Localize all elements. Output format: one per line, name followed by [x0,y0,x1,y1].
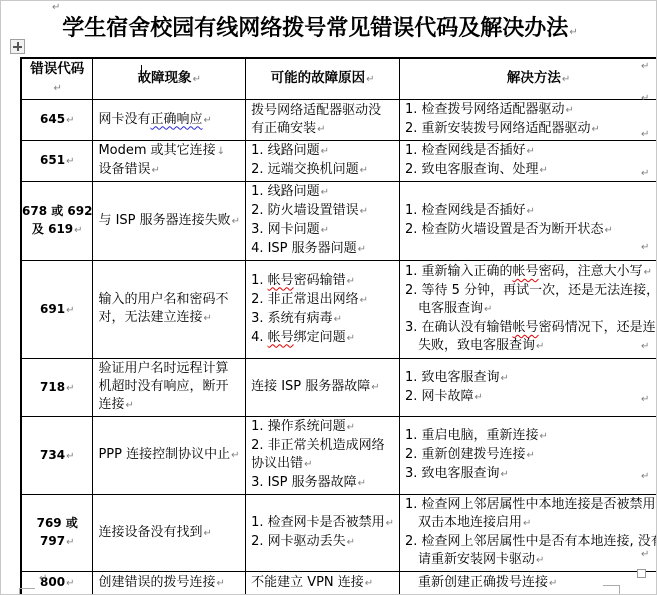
text-segment: 电客服查询 [418,301,483,316]
paragraph-mark: ↵ [644,267,652,278]
cell-line: 1. 检查网上邻居属性中本地连接是否被禁用， [405,496,657,514]
paragraph-mark: ↵ [66,451,74,462]
text-segment: PPP 连接控制协议中止 [98,447,230,462]
cell-line: 1. 检查网线是否插好↵ [405,142,657,161]
cell-line: 请重新安装网卡驱动↵ [405,551,657,570]
text-segment: 797 [40,534,65,548]
text-segment: 2. 重新创建拨号连接 [405,447,526,462]
paragraph-mark: ↵ [523,518,531,529]
cell-line: 3. 系统有病毒↵ [251,310,394,329]
paragraph-mark: ↵ [203,313,211,324]
text-segment: 1. 线路问题 [251,184,320,199]
table-header-row: 错误代码↵故障现象↵可能的故障原因↵解决方法↵ [21,58,657,100]
cell-line: 协议出错↵ [251,455,394,474]
text-segment: 4. ISP 服务器问题 [251,241,357,256]
text-segment: 3. 在确认没有输错 [405,320,513,335]
paragraph-mark: ↵ [66,156,74,167]
text-segment: 718 [40,380,65,394]
text-segment: 1. 线路问题 [251,143,320,158]
text-segment: 与 ISP 服务器连接失败 [98,213,230,228]
cell-line: 2. 检查防火墙设置是否为断开状态↵ [405,221,657,240]
cell-line: 3. 在确认没有输错帐号密码情况下，还是连接 [405,319,657,337]
paragraph-mark: ↵ [232,216,240,227]
paragraph-mark: ↵ [231,450,239,461]
paragraph-mark: ↵ [334,314,342,325]
cause-cell[interactable]: 连接 ISP 服务器故障↵ [246,359,400,417]
text-segment: 2. 网卡驱动丢失 [251,534,346,549]
error-code-cell[interactable]: 769 或797↵ [21,495,93,572]
cell-line: 718↵ [22,378,92,398]
cell-line: 797↵ [22,532,92,552]
cell-line: 不能建立 VPN 连接↵ [251,574,394,593]
cell-line: 双击本地连接启用↵ [405,514,657,533]
text-segment: 1. [251,273,268,288]
cell-line: 2. 网卡驱动丢失↵ [251,533,394,552]
cell-line: 4. 帐号绑定问题↵ [251,329,394,348]
text-segment: 2. 检查防火墙设置是否为断开状态 [405,222,604,237]
paragraph-mark: ↵ [66,305,74,316]
text-segment: 2. 等待 5 分钟，再试一次，还是无法连接，致 [405,283,657,298]
column-header-label: 错误代码 [30,61,84,77]
cell-line: 有正确安装↵ [251,120,394,139]
paragraph-mark: ↵ [347,333,355,344]
end-of-row-mark: ↵ [641,61,649,72]
cell-line: 2. 远端交换机问题↵ [251,161,394,180]
table-row: 651↵Modem 或其它连接↓设备错误↵1. 线路问题↵2. 远端交换机问题↵… [21,141,657,182]
text-segment: 2. 检查网上邻居属性中是否有本地连接, 没有, [405,534,657,549]
end-of-row-mark: ↵ [641,168,649,179]
cell-line: 设备错误↵ [98,161,240,180]
paragraph-mark: ↵ [475,392,483,403]
end-of-row-mark: ↵ [641,471,649,482]
text-segment: 对，无法建立连接 [98,310,202,325]
table-row: 691↵输入的用户名和密码不对，无法建立连接↵1. 帐号密码输错↵2. 非正常退… [21,261,657,359]
paragraph-mark: ↵ [66,115,74,126]
end-of-row-mark: ↵ [641,129,649,140]
margin-corner-mark [619,585,620,595]
spellcheck-underline: 帐号 [268,330,294,345]
solution-cell[interactable]: 1. 致电客服查询↵2. 网卡故障↵ [400,359,657,417]
text-segment: 双击本地连接启用 [418,515,522,530]
cause-cell[interactable]: 拨号网络适配器驱动没有正确安装↵ [246,100,400,141]
column-header-label: 可能的故障原因 [271,70,366,86]
phenomenon-cell[interactable]: 与 ISP 服务器连接失败↵ [93,182,246,261]
phenomenon-cell[interactable]: Modem 或其它连接↓设备错误↵ [93,141,246,182]
cell-line: 连接设备没有找到↵ [98,524,240,543]
paragraph-mark: ↵ [347,422,355,433]
paragraph-mark: ↵ [501,373,509,384]
text-segment: 机超时没有响应，断开 [98,379,228,394]
paragraph-mark: ↵ [347,276,355,287]
paragraph-mark: ↵ [484,304,492,315]
text-segment: 请重新安装网卡驱动 [418,552,535,567]
text-segment: 连接 [98,397,124,412]
text-segment: 验证用户名时远程计算 [98,361,228,376]
spellcheck-underline: 帐号 [268,273,294,288]
text-caret [141,65,142,80]
grammar-underline: 正确响应 [150,112,202,127]
move-cross-icon [17,42,19,51]
error-code-cell[interactable]: 645↵ [21,100,93,141]
cell-line: 691↵ [22,300,92,320]
text-segment: 连接 ISP 服务器故障 [251,379,370,394]
phenomenon-cell[interactable]: PPP 连接控制协议中止↵ [93,417,246,495]
paragraph-mark: ↵ [125,400,133,411]
end-of-row-mark: ↵ [641,93,649,104]
cell-line: 2. 致电客服查询、处理↵ [405,161,657,180]
cell-line: Modem 或其它连接↓ [98,142,240,161]
paragraph-mark: ↵ [52,2,60,13]
text-segment: 1. 重新输入正确的 [405,264,513,279]
text-segment: 1. 检查网上邻居属性中本地连接是否被禁用， [405,497,657,512]
solution-cell[interactable]: 1. 检查网上邻居属性中本地连接是否被禁用，双击本地连接启用↵2. 检查网上邻居… [400,495,657,572]
solution-cell[interactable]: 1. 重启电脑，重新连接↵2. 重新创建拨号连接↵3. 致电客服查询↵ [400,417,657,495]
text-segment: 734 [40,448,65,462]
text-segment: 1. 致电客服查询 [405,370,500,385]
text-segment: 1. 检查网卡是否被禁用 [251,515,385,530]
paragraph-mark: ↵ [501,469,509,480]
text-segment: 密码，注意大小写 [539,264,643,279]
solution-cell[interactable]: 1. 重新输入正确的帐号密码，注意大小写↵2. 等待 5 分钟，再试一次，还是无… [400,261,657,359]
cell-line: 与 ISP 服务器连接失败↵ [98,212,240,231]
cause-cell[interactable]: 1. 线路问题↵2. 远端交换机问题↵ [246,141,400,182]
text-segment: 1. 检查网线是否插好 [405,143,526,158]
text-segment: 重新创建正确拨号连接 [418,575,548,590]
error-code-cell[interactable]: 651↵ [21,141,93,182]
text-segment: 4. [251,330,268,345]
text-segment: 及 619 [32,222,73,236]
cell-line: 1. 检查网线是否插好↵ [405,202,657,221]
text-segment: 设备错误 [98,162,150,177]
paragraph-mark: ↵ [54,83,62,94]
error-code-cell[interactable]: 678 或 692及 619↵ [21,182,93,261]
text-segment: 691 [40,302,65,316]
column-header-2[interactable]: 可能的故障原因↵ [246,58,400,100]
paragraph-mark: ↵ [193,74,201,85]
text-segment: 3. 致电客服查询 [405,466,500,481]
paragraph-mark: ↵ [527,146,535,157]
cell-line: 3. 网卡问题↵ [251,221,394,240]
page-title[interactable]: 学生宿舍校园有线网络拨号常见错误代码及解决办法↵ [20,15,620,47]
cell-line: 电客服查询↵ [405,300,657,319]
solution-cell[interactable]: 1. 检查网线是否插好↵2. 致电客服查询、处理↵ [400,141,657,182]
cell-line: 2. 检查网上邻居属性中是否有本地连接, 没有, [405,533,657,551]
column-header-label: 解决方法 [507,70,561,86]
paragraph-mark: ↵ [204,115,212,126]
cell-line: 1. 线路问题↵ [251,183,394,202]
paragraph-mark: ↵ [527,206,535,217]
cell-line: 连接↵ [98,396,240,415]
table-row: 718↵验证用户名时远程计算机超时没有响应，断开连接↵连接 ISP 服务器故障↵… [21,359,657,417]
text-segment: 1. 检查网线是否插好 [405,203,526,218]
error-code-cell[interactable]: 691↵ [21,261,93,359]
column-header-label: 故障现象 [138,70,192,86]
text-segment: 645 [40,112,65,126]
phenomenon-cell[interactable]: 输入的用户名和密码不对，无法建立连接↵ [93,261,246,359]
cell-line: 拨号网络适配器驱动没 [251,102,394,120]
cause-cell[interactable]: 1. 线路问题↵2. 防火墙设置错误↵3. 网卡问题↵4. ISP 服务器问题↵ [246,182,400,261]
cell-line: 3. ISP 服务器故障↵ [251,474,394,493]
solution-cell[interactable]: 1. 检查网线是否插好↵2. 检查防火墙设置是否为断开状态↵ [400,182,657,261]
cell-line: 失败，致电客服查询↵ [405,337,657,356]
cause-cell[interactable]: 1. 操作系统问题↵2. 非正常关机造成网络协议出错↵3. ISP 服务器故障↵ [246,417,400,495]
paragraph-mark: ↵ [151,165,159,176]
paragraph-mark: ↵ [360,165,368,176]
cell-line: 1. 帐号密码输错↵ [251,272,394,291]
margin-corner-mark [19,588,20,595]
text-segment: 连接设备没有找到 [98,525,202,540]
text-segment: 3. 系统有病毒 [251,311,333,326]
text-segment: 2. 致电客服查询、处理 [405,162,539,177]
text-segment: 651 [40,153,65,167]
cell-line: 2. 非正常退出网络↵ [251,291,394,310]
text-segment: 输入的用户名和密码不 [98,292,228,307]
column-header-0[interactable]: 错误代码↵ [21,58,93,100]
cell-line: 651↵ [22,151,92,171]
text-segment: 网卡没有 [98,112,150,127]
text-segment: 不能建立 VPN 连接 [251,575,364,590]
paragraph-mark: ↵ [317,124,325,135]
phenomenon-cell[interactable]: 创建错误的拨号连接↵ [93,572,246,595]
paragraph-mark: ↵ [371,382,379,393]
table-row: 734↵PPP 连接控制协议中止↵1. 操作系统问题↵2. 非正常关机造成网络协… [21,417,657,495]
cell-line: 网卡没有正确响应↵ [98,111,240,130]
cell-line: 1. 检查拨号网络适配器驱动↵ [405,101,657,120]
paragraph-mark: ↵ [321,146,329,157]
phenomenon-cell[interactable]: 连接设备没有找到↵ [93,495,246,572]
end-of-row-mark: ↵ [641,242,649,253]
paragraph-mark: ↵ [605,225,613,236]
cell-line: 连接 ISP 服务器故障↵ [251,378,394,397]
paragraph-mark: ↵ [66,537,74,548]
table-move-handle[interactable] [10,39,25,54]
cell-line: 1. 线路问题↵ [251,142,394,161]
cell-line: 创建错误的拨号连接↵ [98,574,240,593]
text-segment: 2. 防火墙设置错误 [251,203,359,218]
text-segment: 协议出错 [251,456,303,471]
paragraph-mark: ↵ [360,295,368,306]
table-row: 678 或 692及 619↵与 ISP 服务器连接失败↵1. 线路问题↵2. … [21,182,657,261]
paragraph-mark: ↵ [365,578,373,589]
cell-line: 3. 致电客服查询↵ [405,465,657,484]
text-segment: 678 或 692 [22,204,92,218]
table-row: 800↵创建错误的拨号连接↵不能建立 VPN 连接↵重新创建正确拨号连接↵ [21,572,657,595]
text-segment: 3. 网卡问题 [251,222,320,237]
table-row: 769 或797↵连接设备没有找到↵1. 检查网卡是否被禁用↵2. 网卡驱动丢失… [21,495,657,572]
cell-line: 2. 网卡故障↵ [405,388,657,407]
cell-line: 对，无法建立连接↵ [98,309,240,328]
cell-line: 1. 重启电脑，重新连接↵ [405,427,657,446]
text-segment: 769 或 [37,516,78,530]
cell-line: 645↵ [22,110,92,130]
error-code-cell[interactable]: 718↵ [21,359,93,417]
table-row: 645↵网卡没有正确响应↵拨号网络适配器驱动没有正确安装↵1. 检查拨号网络适配… [21,100,657,141]
document-page: ↵ 学生宿舍校园有线网络拨号常见错误代码及解决办法↵ 错误代码↵故障现象↵可能的… [0,0,657,595]
solution-cell[interactable]: 1. 检查拨号网络适配器驱动↵2. 重新安装拨号网络适配器驱动↵ [400,100,657,141]
error-code-cell[interactable]: 800↵ [21,572,93,595]
text-segment: 1. 检查拨号网络适配器驱动 [405,102,565,117]
cell-line: 2. 重新创建拨号连接↵ [405,446,657,465]
cell-line: 1. 操作系统问题↵ [251,418,394,437]
cell-line: 验证用户名时远程计算 [98,360,240,378]
cause-cell[interactable]: 1. 帐号密码输错↵2. 非正常退出网络↵3. 系统有病毒↵4. 帐号绑定问题↵ [246,261,400,359]
paragraph-mark: ↵ [203,528,211,539]
text-segment: 1. 操作系统问题 [251,419,346,434]
paragraph-mark: ↵ [347,537,355,548]
paragraph-mark: ↵ [360,206,368,217]
paragraph-mark: ↵ [540,431,548,442]
paragraph-mark: ↵ [569,27,577,38]
text-segment: 3. ISP 服务器故障 [251,475,357,490]
paragraph-mark: ↵ [216,578,224,589]
cell-line: 输入的用户名和密码不 [98,291,240,309]
margin-corner-mark [19,588,35,589]
text-segment: Modem 或其它连接 [98,143,215,158]
paragraph-mark: ↵ [321,187,329,198]
paragraph-mark: ↵ [358,478,366,489]
page-title-text: 学生宿舍校园有线网络拨号常见错误代码及解决办法 [62,16,568,41]
cell-line: 1. 致电客服查询↵ [405,369,657,388]
text-segment: 拨号网络适配器驱动没 [251,103,381,118]
cell-line: PPP 连接控制协议中止↵ [98,446,240,465]
text-segment: 创建错误的拨号连接 [98,575,215,590]
cell-line: 2. 非正常关机造成网络 [251,437,394,455]
cell-line: 及 619↵ [22,220,92,240]
margin-corner-mark [603,585,620,586]
line-break-mark: ↓ [217,146,225,157]
spellcheck-underline: 帐号 [513,320,539,335]
paragraph-mark: ↵ [549,578,557,589]
text-segment: 密码输错 [294,273,346,288]
spellcheck-underline: 帐号 [513,264,539,279]
text-segment: 2. 非正常退出网络 [251,292,359,307]
paragraph-mark: ↵ [592,124,600,135]
error-code-cell[interactable]: 734↵ [21,417,93,495]
cell-line: 800↵ [22,573,92,593]
end-of-row-mark: ↵ [641,549,649,560]
paragraph-mark: ↵ [66,578,74,589]
end-of-row-mark: ↵ [641,341,649,352]
cell-line: 2. 防火墙设置错误↵ [251,202,394,221]
text-segment: 2. 远端交换机问题 [251,162,359,177]
text-segment: 2. 重新安装拨号网络适配器驱动 [405,121,591,136]
paragraph-mark: ↵ [566,105,574,116]
paragraph-mark: ↵ [74,225,82,236]
cell-line: 4. ISP 服务器问题↵ [251,240,394,259]
paragraph-mark: ↵ [386,518,394,529]
column-header-3[interactable]: 解决方法↵ [400,58,657,100]
error-code-table[interactable]: 错误代码↵故障现象↵可能的故障原因↵解决方法↵ 645↵网卡没有正确响应↵拨号网… [20,57,657,595]
phenomenon-cell[interactable]: 网卡没有正确响应↵ [93,100,246,141]
text-segment: 2. 非正常关机造成网络 [251,438,385,453]
paragraph-mark: ↵ [536,555,544,566]
text-segment: 1. 重启电脑，重新连接 [405,428,539,443]
cell-line: 769 或 [22,514,92,532]
paragraph-mark: ↵ [358,244,366,255]
column-header-1[interactable]: 故障现象↵ [93,58,246,100]
paragraph-mark: ↵ [66,383,74,394]
paragraph-mark: ↵ [540,165,548,176]
text-segment: 2. 网卡故障 [405,389,474,404]
paragraph-mark: ↵ [321,225,329,236]
cause-cell[interactable]: 不能建立 VPN 连接↵ [246,572,400,595]
cell-line: 734↵ [22,446,92,466]
text-segment: 失败，致电客服查询 [418,338,535,353]
paragraph-mark: ↵ [527,450,535,461]
text-segment: 有正确安装 [251,121,316,136]
paragraph-mark: ↵ [366,74,374,85]
table-resize-handle[interactable] [637,569,646,578]
cell-line: 678 或 692 [22,202,92,220]
phenomenon-cell[interactable]: 验证用户名时远程计算机超时没有响应，断开连接↵ [93,359,246,417]
paragraph-mark: ↵ [536,341,544,352]
paragraph-mark: ↵ [39,573,47,584]
text-segment: 绑定问题 [294,330,346,345]
cell-line: 1. 检查网卡是否被禁用↵ [251,514,394,533]
text-segment: 密码情况下，还是连接 [539,320,657,335]
end-of-row-mark: ↵ [641,394,649,405]
paragraph-mark: ↵ [304,459,312,470]
cell-line: 2. 等待 5 分钟，再试一次，还是无法连接，致 [405,282,657,300]
paragraph-mark: ↵ [562,74,570,85]
cause-cell[interactable]: 1. 检查网卡是否被禁用↵2. 网卡驱动丢失↵ [246,495,400,572]
cell-line: 机超时没有响应，断开 [98,378,240,396]
cell-line: 2. 重新安装拨号网络适配器驱动↵ [405,120,657,139]
cell-line: 1. 重新输入正确的帐号密码，注意大小写↵ [405,263,657,282]
